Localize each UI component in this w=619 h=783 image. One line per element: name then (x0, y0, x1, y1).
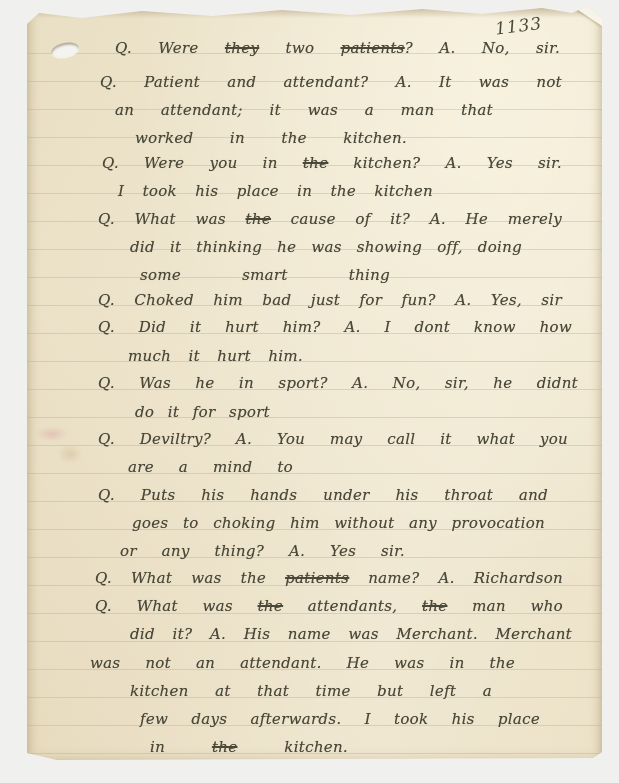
manuscript-line: Q. Patient and attendant? A. It was not (100, 72, 562, 92)
manuscript-line: Q. Was he in sport? A. No, sir, he didnt (98, 373, 578, 393)
manuscript-line: I took his place in the kitchen (118, 181, 433, 201)
manuscript-line: was not an attendant. He was in the (90, 653, 515, 673)
manuscript-line: Q. Were you in the kitchen? A. Yes sir. (102, 153, 562, 173)
struck-word: the (258, 597, 283, 615)
manuscript-line: Q. What was the cause of it? A. He merel… (98, 209, 562, 229)
scanned-document-background: 1133 Q. Were they two patients? A. No, s… (0, 0, 619, 783)
manuscript-line: are a mind to (128, 457, 293, 477)
manuscript-line: worked in the kitchen. (135, 128, 407, 148)
manuscript-line: an attendant; it was a man that (115, 100, 493, 120)
manuscript-line: Q. Did it hurt him? A. I dont know how (98, 317, 572, 337)
manuscript-line: Q. Puts his hands under his throat and (98, 485, 548, 505)
struck-word: the (303, 154, 328, 172)
struck-word: patients (341, 39, 405, 57)
struck-word: patients (285, 569, 349, 587)
struck-word: the (422, 597, 447, 615)
manuscript-line: goes to choking him without any provocat… (132, 513, 545, 533)
manuscript-line: Q. What was the attendants, the man who (95, 596, 563, 616)
manuscript-line: Q. Choked him bad just for fun? A. Yes, … (98, 290, 562, 310)
folded-corner (572, 6, 602, 26)
manuscript-line: kitchen at that time but left a (130, 681, 492, 701)
manuscript-line: some smart thing (140, 265, 390, 285)
manuscript-line: did it thinking he was showing off, doin… (130, 237, 522, 257)
manuscript-line: Q. Were they two patients? A. No, sir. (115, 38, 560, 58)
manuscript-line: Q. What was the patients name? A. Richar… (95, 568, 563, 588)
paper-stain (35, 426, 69, 442)
struck-word: the (246, 210, 271, 228)
manuscript-line: much it hurt him. (128, 346, 303, 366)
struck-word: the (212, 738, 237, 756)
manuscript-line: in the kitchen. (150, 737, 348, 757)
manuscript-line: did it? A. His name was Merchant. Mercha… (130, 624, 572, 644)
manuscript-page: 1133 Q. Were they two patients? A. No, s… (27, 6, 602, 760)
paper-stain (57, 444, 83, 464)
manuscript-line: or any thing? A. Yes sir. (120, 541, 405, 561)
manuscript-line: few days afterwards. I took his place (140, 709, 540, 729)
manuscript-line: Q. Deviltry? A. You may call it what you (98, 429, 568, 449)
struck-word: they (225, 39, 259, 57)
manuscript-line: do it for sport (135, 402, 270, 422)
